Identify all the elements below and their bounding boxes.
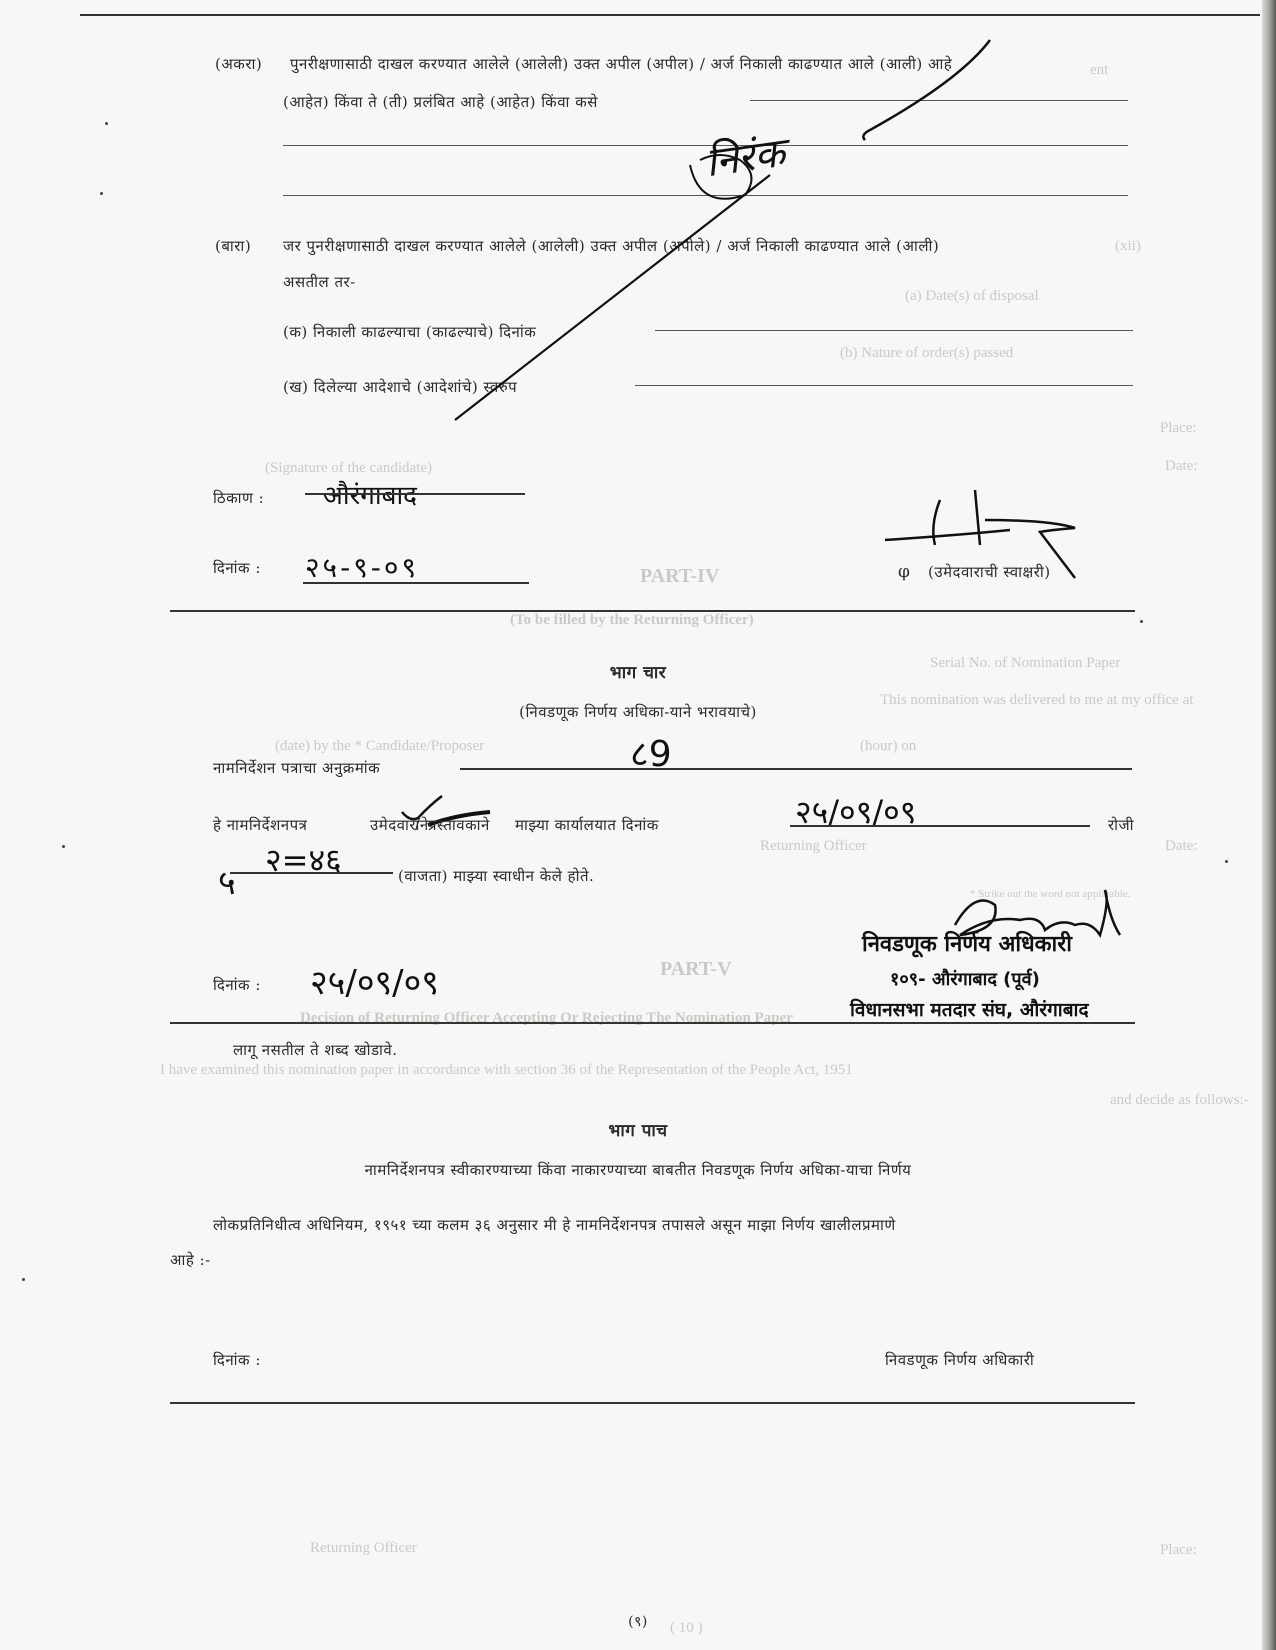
officer-stamp-assembly: विधानसभा मतदार संघ, औरंगाबाद: [850, 996, 1089, 1022]
date-line: [303, 582, 529, 584]
footnote: लागू नसतील ते शब्द खोडावे.: [233, 1040, 398, 1060]
part-five-title: भाग पाच: [0, 1118, 1276, 1141]
part-five-date-label: दिनांक :: [213, 1350, 261, 1370]
delivery-prefix: हे नामनिर्देशनपत्र: [213, 815, 307, 835]
time-suffix: (वाजता) माझ्या स्वाधीन केले होते.: [398, 866, 594, 886]
signature-marker: φ: [898, 562, 910, 582]
part-five-body-line1: लोकप्रतिनिधीत्व अधिनियम, १९५१ च्या कलम ३…: [213, 1215, 896, 1235]
serial-value: ८9: [630, 728, 672, 777]
serial-label: नामनिर्देशन पत्राचा अनुक्रमांक: [213, 758, 380, 778]
delivery-suffix: माझ्या कार्यालयात दिनांक: [515, 815, 659, 835]
delivery-date-line: [790, 825, 1090, 827]
scan-speck: [100, 192, 103, 195]
part-five-subtitle: नामनिर्देशनपत्र स्वीकारण्याच्या किंवा ना…: [0, 1160, 1276, 1180]
date-value: २५-९-०९: [305, 548, 419, 586]
roji-label: रोजी: [1108, 815, 1134, 835]
scan-speck: [22, 1278, 25, 1281]
date-label: दिनांक :: [213, 558, 261, 578]
delivery-date-value: २५/०९/०९: [795, 790, 916, 833]
serial-line: [460, 768, 1132, 770]
delivery-proposer-struck: प्रस्तावकाने: [428, 815, 490, 835]
section-divider: [170, 1402, 1135, 1404]
place-line: [305, 493, 525, 495]
candidate-signature-label: (उमेदवाराची स्वाक्षरी): [928, 562, 1051, 582]
part-five-body-line2: आहे :-: [170, 1250, 211, 1270]
page-number: (९): [0, 1612, 1276, 1631]
part-four-date-label: दिनांक :: [213, 975, 261, 995]
part-four-title: भाग चार: [0, 660, 1276, 683]
scan-speck: [105, 122, 108, 125]
time-value: २=४६: [265, 838, 342, 881]
scan-speck: [1140, 620, 1143, 623]
time-line: [230, 872, 393, 874]
officer-stamp-constituency: १०९- औरंगाबाद (पूर्व): [890, 967, 1040, 991]
delivery-separator: /: [415, 815, 421, 833]
time-prefix-mark: ५: [218, 858, 236, 904]
officer-stamp-title: निवडणूक निर्णय अधिकारी: [862, 928, 1072, 958]
part-four-subtitle: (निवडणूक निर्णय अधिका-याने भरावयाचे): [0, 702, 1276, 722]
scan-speck: [1225, 860, 1228, 863]
scan-speck: [62, 845, 65, 848]
section-divider: [170, 1022, 1135, 1024]
section-divider: [170, 610, 1135, 612]
part-four-date-value: २५/०९/०९: [310, 958, 439, 1004]
place-label: ठिकाण :: [213, 488, 264, 508]
part-five-officer-label: निवडणूक निर्णय अधिकारी: [885, 1350, 1034, 1370]
